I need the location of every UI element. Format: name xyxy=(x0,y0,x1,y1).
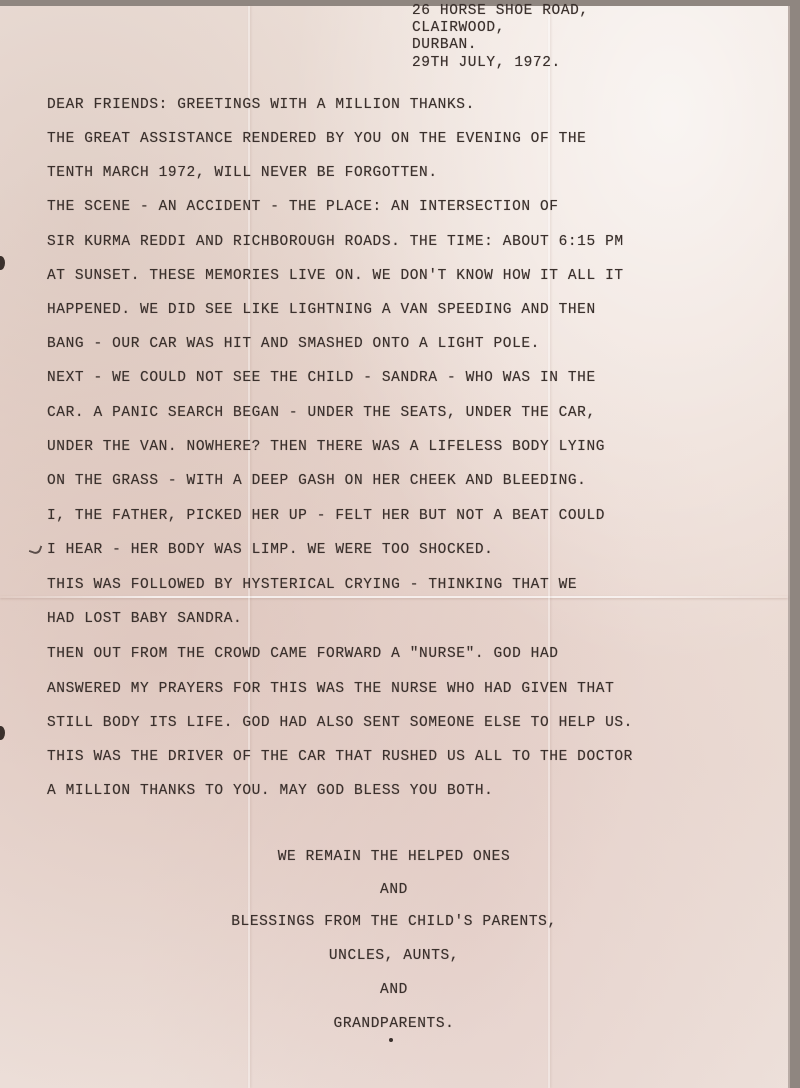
body-line: AT SUNSET. THESE MEMORIES LIVE ON. WE DO… xyxy=(47,268,624,284)
closing-line: BLESSINGS FROM THE CHILD'S PARENTS, xyxy=(0,914,788,930)
body-line: TENTH MARCH 1972, WILL NEVER BE FORGOTTE… xyxy=(47,165,438,181)
address-suburb: CLAIRWOOD, xyxy=(412,20,505,36)
body-line: UNDER THE VAN. NOWHERE? THEN THERE WAS A… xyxy=(47,439,605,455)
body-line: A MILLION THANKS TO YOU. MAY GOD BLESS Y… xyxy=(47,783,493,799)
body-line: I, THE FATHER, PICKED HER UP - FELT HER … xyxy=(47,508,605,524)
body-line: THE GREAT ASSISTANCE RENDERED BY YOU ON … xyxy=(47,131,586,147)
address-street: 26 HORSE SHOE ROAD, xyxy=(412,3,589,19)
letter-date: 29TH JULY, 1972. xyxy=(412,55,561,71)
body-line: HAPPENED. WE DID SEE LIKE LIGHTNING A VA… xyxy=(47,302,596,318)
body-line: THE SCENE - AN ACCIDENT - THE PLACE: AN … xyxy=(47,199,559,215)
body-line: HAD LOST BABY SANDRA. xyxy=(47,611,242,627)
ink-dot xyxy=(389,1038,393,1042)
body-line: ON THE GRASS - WITH A DEEP GASH ON HER C… xyxy=(47,473,586,489)
closing-line: UNCLES, AUNTS, xyxy=(0,948,788,964)
punch-hole-mark xyxy=(0,256,5,270)
body-line: DEAR FRIENDS: GREETINGS WITH A MILLION T… xyxy=(47,97,475,113)
body-line: THIS WAS THE DRIVER OF THE CAR THAT RUSH… xyxy=(47,749,633,765)
body-line: NEXT - WE COULD NOT SEE THE CHILD - SAND… xyxy=(47,370,596,386)
punch-hole-mark xyxy=(0,726,5,740)
body-line: SIR KURMA REDDI AND RICHBOROUGH ROADS. T… xyxy=(47,234,624,250)
body-line: ANSWERED MY PRAYERS FOR THIS WAS THE NUR… xyxy=(47,681,614,697)
body-line: BANG - OUR CAR WAS HIT AND SMASHED ONTO … xyxy=(47,336,540,352)
body-line: CAR. A PANIC SEARCH BEGAN - UNDER THE SE… xyxy=(47,405,596,421)
closing-line: GRANDPARENTS. xyxy=(0,1016,788,1032)
closing-line: AND xyxy=(0,882,788,898)
closing-line: AND xyxy=(0,982,788,998)
body-line: STILL BODY ITS LIFE. GOD HAD ALSO SENT S… xyxy=(47,715,633,731)
body-line: I HEAR - HER BODY WAS LIMP. WE WERE TOO … xyxy=(47,542,493,558)
body-line: THIS WAS FOLLOWED BY HYSTERICAL CRYING -… xyxy=(47,577,577,593)
body-line: THEN OUT FROM THE CROWD CAME FORWARD A "… xyxy=(47,646,559,662)
address-city: DURBAN. xyxy=(412,37,477,53)
paper-fold-horizontal xyxy=(0,596,788,598)
closing-line: WE REMAIN THE HELPED ONES xyxy=(0,849,788,865)
